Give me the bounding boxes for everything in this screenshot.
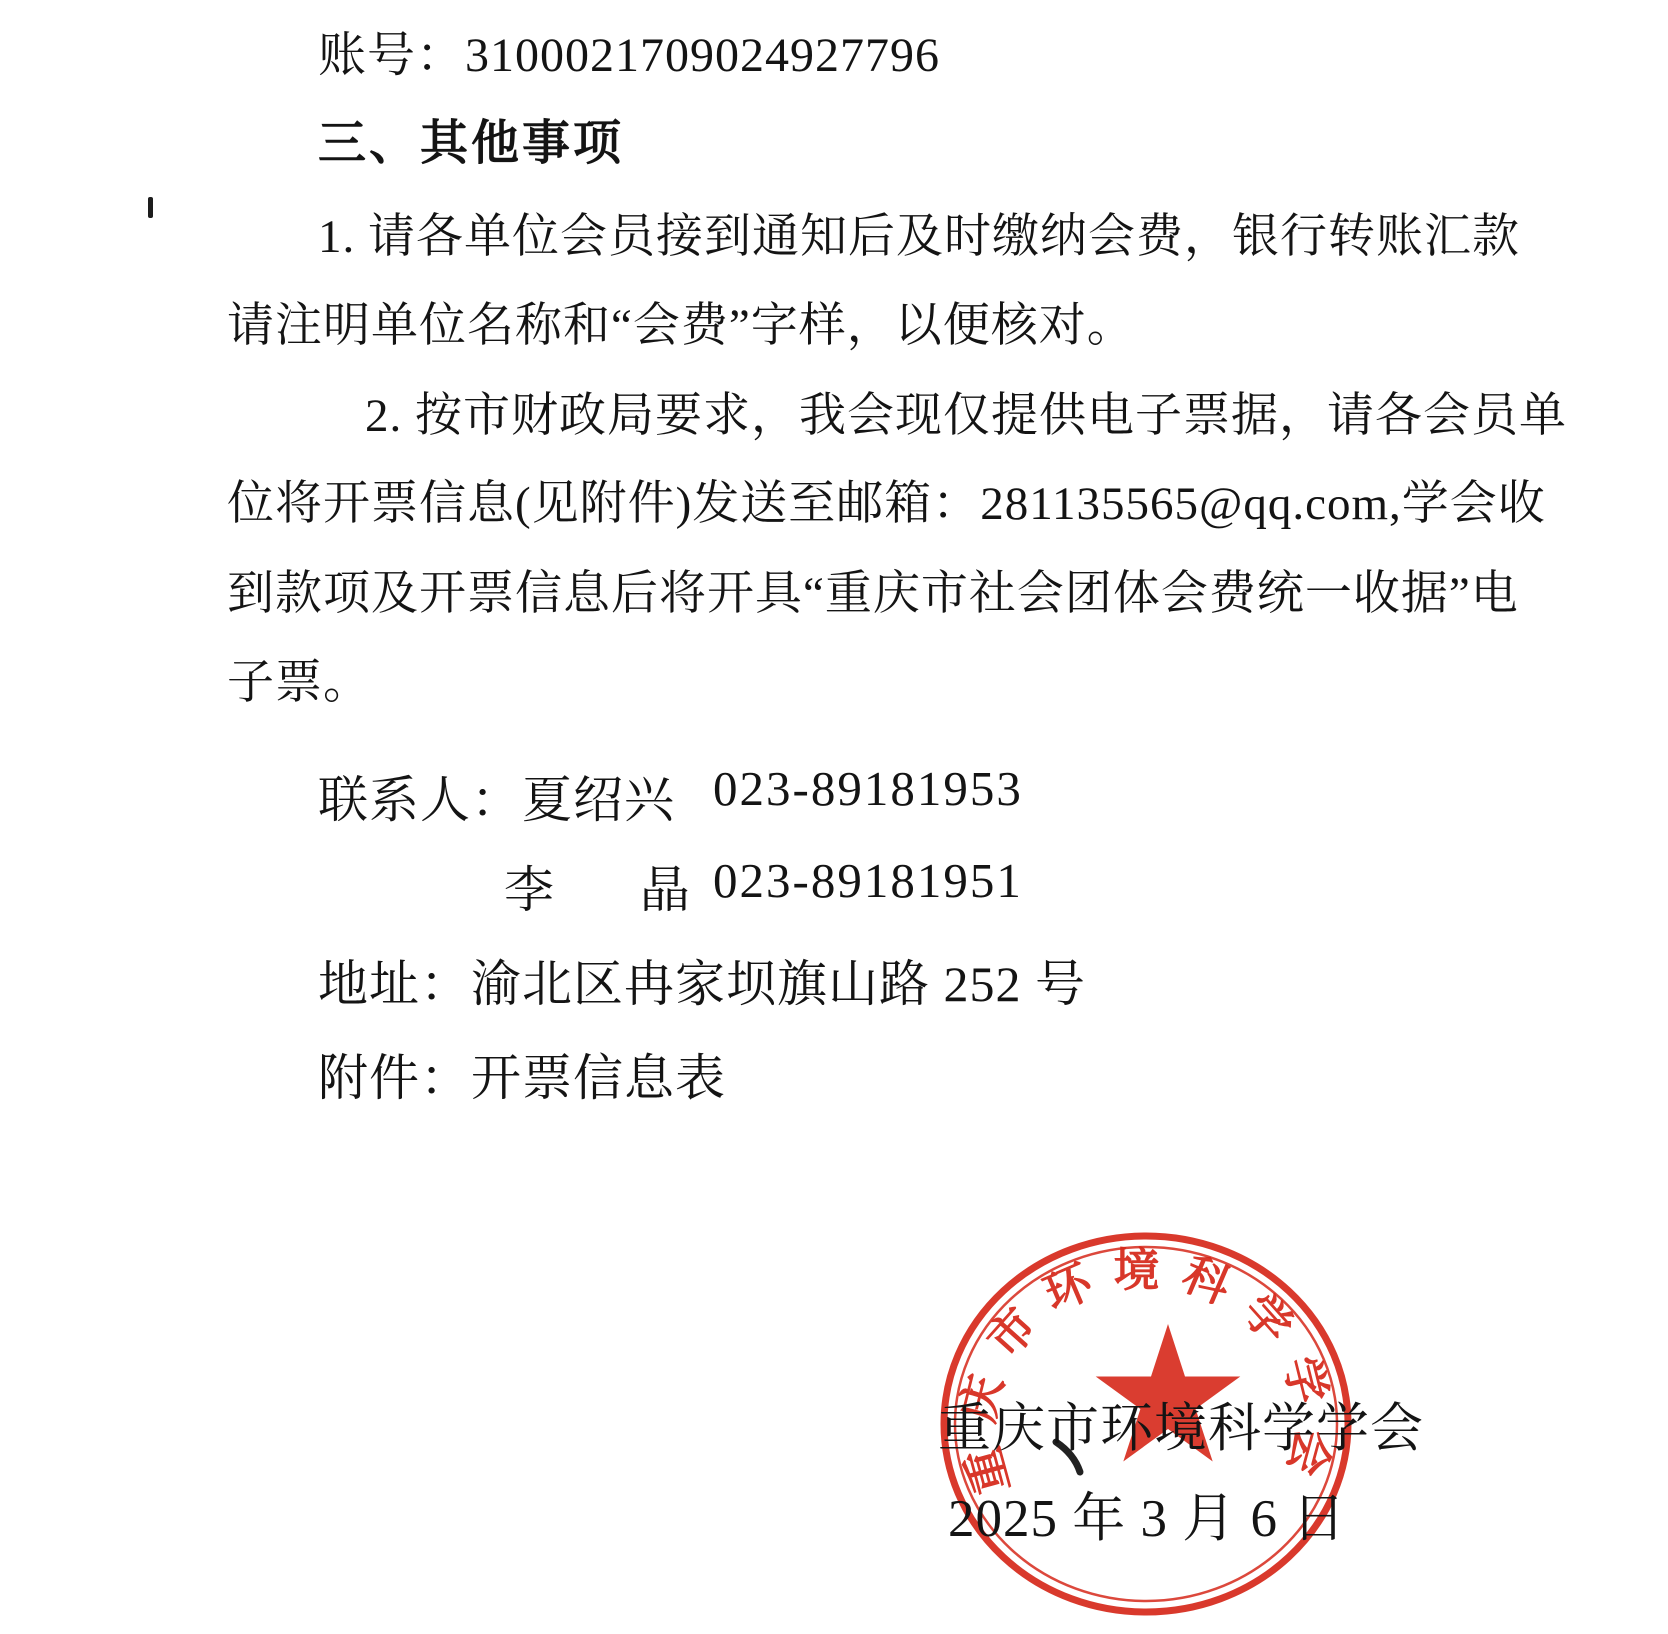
para2-line2: 位将开票信息(见附件)发送至邮箱：281135565@qq.com,学会收: [227, 466, 1546, 533]
contact-name-2-char2: 晶: [640, 850, 691, 922]
para2-line1: 2. 按市财政局要求，我会现仅提供电子票据，请各会员单: [365, 378, 1567, 445]
contact-phone-1: 023-89181953: [713, 760, 1023, 817]
para2-line3: 到款项及开票信息后将开具“重庆市社会团体会费统一收据”电: [227, 556, 1519, 623]
account-line: 账号：3100021709024927796: [318, 16, 940, 85]
attachment-line: 附件：开票信息表: [318, 1038, 726, 1110]
signature-org: 重庆市环境科学学会: [938, 1386, 1424, 1462]
para1-line2: 请注明单位名称和“会费”字样，以便核对。: [227, 288, 1135, 355]
scan-speck: [148, 197, 153, 218]
contact-name-2-char1: 李: [504, 850, 555, 922]
para2-line4: 子票。: [227, 645, 371, 712]
para1-line1: 1. 请各单位会员接到通知后及时缴纳会费，银行转账汇款: [318, 199, 1520, 266]
contact-phone-2: 023-89181951: [713, 852, 1023, 909]
signature-date: 2025 年 3 月 6 日: [948, 1476, 1346, 1552]
contact-person-label: 联系人：夏绍兴: [318, 760, 675, 832]
address-line: 地址：渝北区冉家坝旗山路 252 号: [318, 944, 1086, 1016]
section-heading: 三、其他事项: [318, 104, 624, 173]
document-page: 账号：3100021709024927796 三、其他事项 1. 请各单位会员接…: [0, 0, 1668, 1634]
